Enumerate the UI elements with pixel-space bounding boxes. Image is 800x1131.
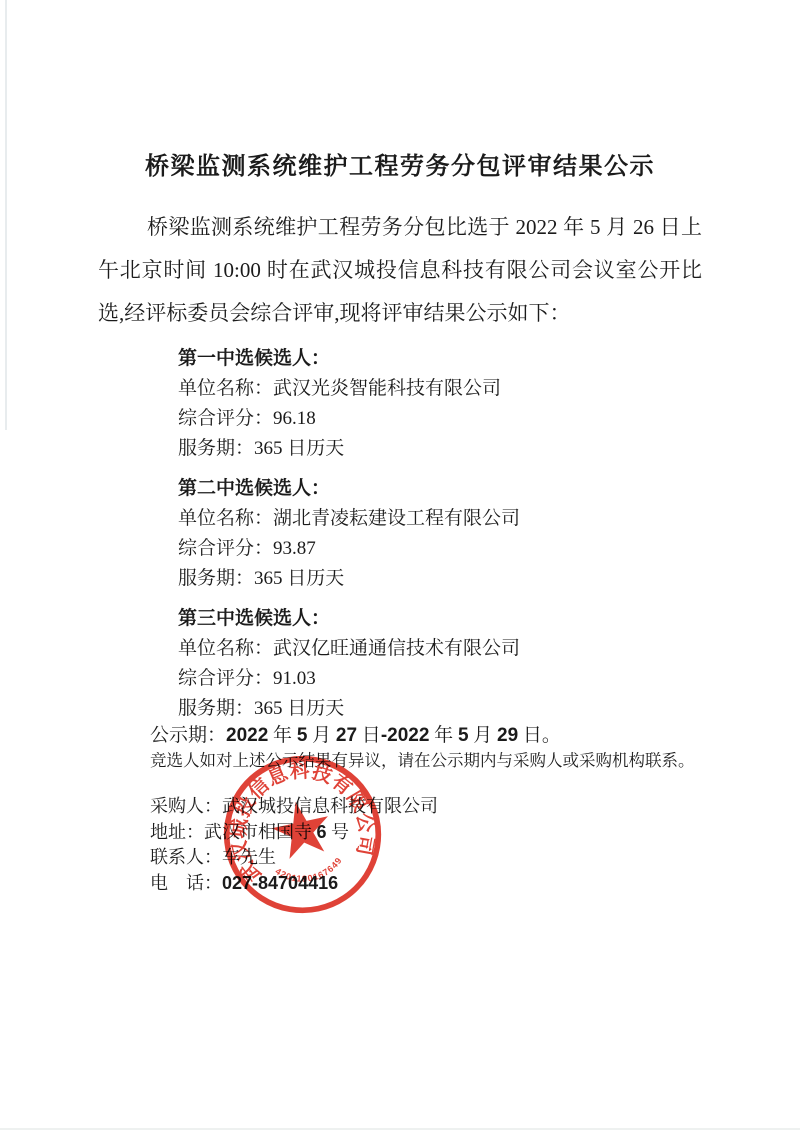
address-label: 地址： (150, 822, 204, 842)
period-label: 服务期： (178, 568, 254, 589)
phone-label: 电 话： (150, 873, 222, 893)
candidate-heading: 第一中选候选人： (178, 344, 520, 374)
candidate-unit-row: 单位名称：武汉光炎智能科技有限公司 (178, 374, 520, 404)
publicity-label: 公示期： (150, 725, 226, 746)
candidate-section-2: 第二中选候选人： 单位名称：湖北青凌耘建设工程有限公司 综合评分：93.87 服… (178, 474, 520, 594)
score-value: 91.03 (273, 668, 316, 689)
unit-label: 单位名称： (178, 508, 273, 529)
unit-name: 武汉亿旺通通信技术有限公司 (273, 638, 520, 659)
publicity-value: 2022 年 5 月 27 日-2022 年 5 月 29 日。 (226, 725, 561, 746)
period-label: 服务期： (178, 438, 254, 459)
score-label: 综合评分： (178, 408, 273, 429)
publicity-period-row: 公示期：2022 年 5 月 27 日-2022 年 5 月 29 日。 (150, 722, 695, 749)
unit-label: 单位名称： (178, 638, 273, 659)
candidate-section-1: 第一中选候选人： 单位名称：武汉光炎智能科技有限公司 综合评分：96.18 服务… (178, 344, 520, 464)
score-label: 综合评分： (178, 538, 273, 559)
score-label: 综合评分： (178, 668, 273, 689)
candidate-score-row: 综合评分：91.03 (178, 664, 520, 694)
scan-edge-bottom (0, 1128, 800, 1130)
unit-label: 单位名称： (178, 378, 273, 399)
score-value: 93.87 (273, 538, 316, 559)
candidate-score-row: 综合评分：96.18 (178, 404, 520, 434)
candidate-period-row: 服务期：365 日历天 (178, 564, 520, 594)
candidate-unit-row: 单位名称：湖北青凌耘建设工程有限公司 (178, 504, 520, 534)
unit-name: 湖北青凌耘建设工程有限公司 (273, 508, 520, 529)
intro-paragraph: 桥梁监测系统维护工程劳务分包比选于 2022 年 5 月 26 日上午北京时间 … (98, 206, 702, 335)
candidate-period-row: 服务期：365 日历天 (178, 434, 520, 464)
contact-person-label: 联系人： (150, 847, 222, 867)
period-label: 服务期： (178, 698, 254, 719)
candidate-period-row: 服务期：365 日历天 (178, 694, 520, 724)
document-page: 桥梁监测系统维护工程劳务分包评审结果公示 桥梁监测系统维护工程劳务分包比选于 2… (0, 0, 800, 1131)
seal-star-icon (267, 796, 334, 861)
seal-serial-number: 4201190167649 (272, 853, 347, 891)
scan-edge-left (5, 0, 7, 430)
company-seal-stamp: 武汉城投信息科技有限公司 4201190167649 (206, 738, 399, 931)
unit-name: 武汉光炎智能科技有限公司 (273, 378, 501, 399)
candidate-heading: 第二中选候选人： (178, 474, 520, 504)
candidate-section-3: 第三中选候选人： 单位名称：武汉亿旺通通信技术有限公司 综合评分：91.03 服… (178, 604, 520, 724)
page-title: 桥梁监测系统维护工程劳务分包评审结果公示 (0, 146, 800, 181)
score-value: 96.18 (273, 408, 316, 429)
period-value: 365 日历天 (254, 438, 344, 459)
candidate-score-row: 综合评分：93.87 (178, 534, 520, 564)
period-value: 365 日历天 (254, 698, 344, 719)
candidate-unit-row: 单位名称：武汉亿旺通通信技术有限公司 (178, 634, 520, 664)
candidate-heading: 第三中选候选人： (178, 604, 520, 634)
candidates-list: 第一中选候选人： 单位名称：武汉光炎智能科技有限公司 综合评分：96.18 服务… (178, 344, 520, 734)
period-value: 365 日历天 (254, 568, 344, 589)
